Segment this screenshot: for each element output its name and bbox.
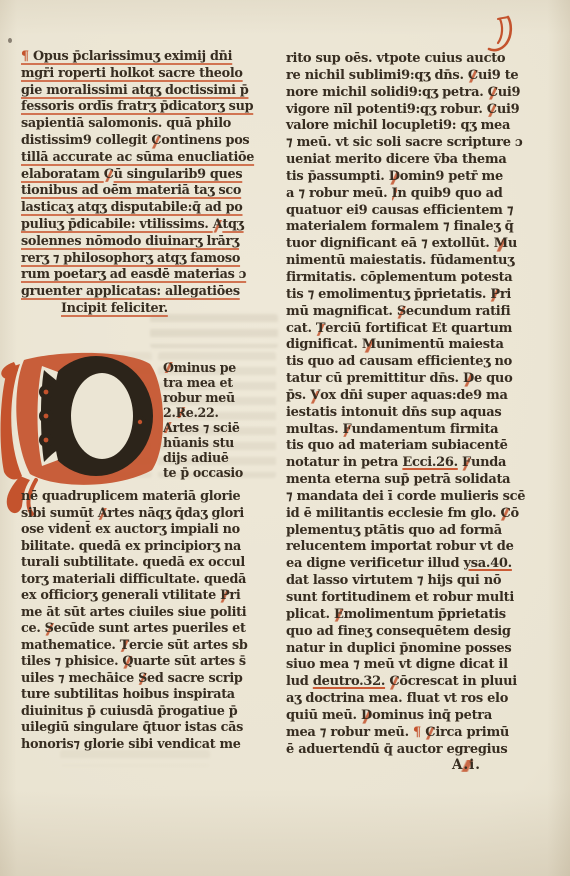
text-segment: Opus p̄clarissimuʒ eximij dn̄i bbox=[33, 49, 232, 64]
text-line: distissim9 collegit Continens pos bbox=[21, 133, 279, 150]
text-segment: ui9 te bbox=[478, 68, 518, 83]
text-segment: ōcrescat in pluui bbox=[399, 674, 517, 689]
text-segment: sibi sumūt bbox=[21, 506, 98, 521]
text-segment: tis quo ad materiam subiacentē bbox=[286, 438, 508, 453]
text-segment: ex officiorʒ generali vtilitate bbox=[21, 588, 220, 603]
rubricated-capital: T bbox=[120, 638, 129, 655]
text-line: re nichil sublimi9:qʒ dn̄s. Cui9 te bbox=[286, 68, 558, 85]
text-segment: ri bbox=[500, 287, 511, 302]
rubric-mark: ¶ bbox=[413, 725, 421, 740]
text-line: gie moralissimi atqʒ doctissimi p̄ bbox=[21, 83, 279, 100]
text-segment: ominus inq̄ petra bbox=[372, 708, 492, 723]
text-segment: erciū fortificat Et quartum bbox=[325, 321, 512, 336]
rubricated-capital: M bbox=[494, 236, 508, 253]
text-line: dijs adiuē bbox=[163, 450, 275, 465]
text-segment: honoris⁊ glorie sibi vendicat me bbox=[21, 737, 241, 752]
text-line: turali subtilitate. quedā ex occul bbox=[21, 555, 279, 572]
text-segment: menta eterna sup̄ petrā solidata bbox=[286, 472, 510, 487]
rubricated-capital: D bbox=[463, 371, 474, 388]
text-segment: 2. bbox=[163, 405, 176, 420]
text-line: materialem formalem ⁊ finaleʒ q̄ bbox=[286, 219, 558, 236]
text-line: tis p̄assumpti. Domin9 petr̄ me bbox=[286, 169, 558, 186]
text-segment: Incipit feliciter. bbox=[61, 301, 168, 316]
text-line: id ē militantis ecclesie fm glo. Cō bbox=[286, 506, 558, 523]
text-line: Ominus pe bbox=[163, 360, 275, 375]
text-segment: ercie sūt artes sb bbox=[129, 638, 248, 653]
text-segment: gruenter applicatas: allegatiōes bbox=[21, 284, 240, 299]
text-line: rerʒ ⁊ philosophorʒ atqʒ famoso bbox=[21, 251, 279, 268]
rubricated-capital: C bbox=[488, 85, 498, 102]
text-segment: tillā accurate ac sūma enucliatiōe bbox=[21, 150, 254, 165]
text-segment: unimentū maiesta bbox=[376, 337, 504, 352]
text-line: elaboratam Cū singularib9 ques bbox=[21, 167, 279, 184]
text-segment: diuinitus p̄ cuiusdā p̄rogatiue p̄ bbox=[21, 704, 237, 719]
text-segment: ri bbox=[229, 588, 240, 603]
text-segment: ecūde sunt artes pueriles et bbox=[54, 621, 246, 636]
text-line: tra mea et bbox=[163, 375, 275, 390]
text-segment: rtes ⁊ sciē bbox=[172, 420, 239, 435]
text-line: siuo mea ⁊ meū vt digne dicat il bbox=[286, 657, 558, 674]
text-segment: notatur in petra bbox=[286, 455, 402, 470]
text-segment: nē quadruplicem materiā glorie bbox=[21, 489, 240, 504]
text-line: tis ⁊ emolimentuʒ p̄prietatis. Pri bbox=[286, 287, 558, 304]
text-segment: hūanis stu bbox=[163, 435, 234, 450]
text-segment: aʒ doctrina mea. fluat vt ros elo bbox=[286, 691, 508, 706]
text-segment: dignificat. bbox=[286, 337, 362, 352]
text-line: quatuor ei9 causas efficientem ⁊ bbox=[286, 203, 558, 220]
text-segment: uarte sūt artes s̄ bbox=[133, 654, 246, 669]
decorated-initial-block: D Ominus petra mea etrobur meū2.Re.22.Ar… bbox=[0, 352, 280, 484]
text-line: menta eterna sup̄ petrā solidata bbox=[286, 472, 558, 489]
left-column-body: nē quadruplicem materiā gloriesibi sumūt… bbox=[21, 489, 279, 753]
text-segment: materialem formalem ⁊ finaleʒ q̄ bbox=[286, 219, 513, 234]
rubricated-capital: C bbox=[104, 167, 114, 184]
text-segment: valore michil locupleti9: qʒ mea bbox=[286, 118, 510, 133]
text-line: vigore nīl potenti9:qʒ robur. Cui9 bbox=[286, 102, 558, 119]
rubricated-capital: E bbox=[334, 607, 344, 624]
rubricated-capital: A bbox=[98, 506, 108, 523]
rubricated-capital: R bbox=[176, 405, 186, 420]
text-line: sunt fortitudinem et robur multi bbox=[286, 590, 558, 607]
text-segment: cat. bbox=[286, 321, 316, 336]
text-line: nore michil solidi9:qʒ petra. Cui9 bbox=[286, 85, 558, 102]
text-line: firmitatis. cōplementum potesta bbox=[286, 270, 558, 287]
text-segment: omin9 petr̄ me bbox=[400, 169, 503, 184]
text-line: ea digne verificetur illud ysa.40. bbox=[286, 556, 558, 573]
text-line: ex officiorʒ generali vtilitate Pri bbox=[21, 588, 279, 605]
text-line: mgr̄i roperti holkot sacre theolo bbox=[21, 66, 279, 83]
rubricated-capital: V bbox=[310, 388, 320, 405]
red-underlined-citation: deutro.32. bbox=[313, 674, 385, 689]
text-segment: ox dn̄i super aquas:de9 ma bbox=[320, 388, 508, 403]
text-segment: ture subtilitas hoibus inspirata bbox=[21, 687, 235, 702]
text-line: diuinitus p̄ cuiusdā p̄rogatiue p̄ bbox=[21, 704, 279, 721]
text-segment: e.22. bbox=[186, 405, 219, 420]
text-line: dignificat. Munimentū maiesta bbox=[286, 337, 558, 354]
text-segment: quatuor ei9 causas efficientem ⁊ bbox=[286, 203, 513, 218]
text-segment: tis quo ad causam efficienteʒ no bbox=[286, 354, 512, 369]
text-segment: tqʒ bbox=[222, 217, 243, 232]
text-line: fessoris ordīs fratrʒ p̄dicatorʒ sup bbox=[21, 99, 279, 116]
text-line: ture subtilitas hoibus inspirata bbox=[21, 687, 279, 704]
text-segment: vigore nīl potenti9:qʒ robur. bbox=[286, 102, 487, 117]
text-segment: sapientiā salomonis. quā philo bbox=[21, 116, 231, 131]
text-line: puliuʒ p̄dicabile: vtilissims. Atqʒ bbox=[21, 217, 279, 234]
text-line: nimentū maiestatis. fūdamentuʒ bbox=[286, 253, 558, 270]
text-segment: siuo mea ⁊ meū vt digne dicat il bbox=[286, 657, 508, 672]
rubricated-capital: F bbox=[462, 455, 471, 472]
rubricated-capital: P bbox=[220, 588, 229, 605]
text-segment: plementuʒ ptātis quo ad formā bbox=[286, 523, 502, 538]
text-segment: e quo bbox=[474, 371, 513, 386]
rubricated-capital: T bbox=[316, 321, 325, 338]
rubricated-capital: C bbox=[468, 68, 478, 85]
text-segment: mea ⁊ robur meū. bbox=[286, 725, 413, 740]
text-segment: undamentum firmita bbox=[351, 422, 498, 437]
text-segment: ō bbox=[511, 506, 519, 521]
text-segment: molimentum p̄prietatis bbox=[344, 607, 506, 622]
text-segment: torʒ materiali difficultate. quedā bbox=[21, 572, 246, 587]
text-line: me āt sūt artes ciuiles siue politi bbox=[21, 605, 279, 622]
text-segment: robur meū bbox=[163, 390, 235, 405]
text-line: plicat. Emolimentum p̄prietatis bbox=[286, 607, 558, 624]
text-line: ce. Secūde sunt artes pueriles et bbox=[21, 621, 279, 638]
text-segment: mgr̄i roperti holkot sacre theolo bbox=[21, 66, 243, 81]
text-line: sibi sumūt Artes nāqʒ q̄daʒ glori bbox=[21, 506, 279, 523]
text-line: mū magnificat. Secundum ratifi bbox=[286, 304, 558, 321]
rubric-mark: ¶ bbox=[21, 49, 33, 64]
text-line: aʒ doctrina mea. fluat vt ros elo bbox=[286, 691, 558, 708]
text-segment: ui9 bbox=[498, 85, 521, 100]
text-segment: elaboratam bbox=[21, 167, 104, 182]
rubricated-capital: P bbox=[490, 287, 499, 304]
text-segment: nimentū maiestatis. fūdamentuʒ bbox=[286, 253, 514, 268]
text-segment: irca primū bbox=[435, 725, 509, 740]
text-line: gruenter applicatas: allegatiōes bbox=[21, 284, 279, 301]
right-column: rito sup oēs. vtpote cuius auctore nichi… bbox=[286, 51, 558, 758]
text-segment: re nichil sublimi9:qʒ dn̄s. bbox=[286, 68, 468, 83]
text-line: dat lasso virtutem ⁊ hijs qui nō bbox=[286, 573, 558, 590]
text-line: multas. Fundamentum firmita bbox=[286, 422, 558, 439]
text-segment: ueniat merito dicere v̄ba thema bbox=[286, 152, 506, 167]
text-line: ¶ Opus p̄clarissimuʒ eximij dn̄i bbox=[21, 49, 279, 66]
text-line: ⁊ mandata dei ī corde mulieris scē bbox=[286, 489, 558, 506]
text-segment: unda bbox=[471, 455, 506, 470]
text-line: Artes ⁊ sciē bbox=[163, 420, 275, 435]
text-line: ueniat merito dicere v̄ba thema bbox=[286, 152, 558, 169]
text-segment: sunt fortitudinem et robur multi bbox=[286, 590, 514, 605]
text-segment: puliuʒ p̄dicabile: vtilissims. bbox=[21, 217, 213, 232]
text-segment: ⁊ meū. vt sic soli sacre scripture ɔ bbox=[286, 135, 523, 150]
rubricated-capital: A bbox=[213, 217, 223, 234]
text-line: tuor dignificant eā ⁊ extollūt. Mu bbox=[286, 236, 558, 253]
red-underlined-citation: Ecci.26. bbox=[402, 455, 457, 470]
rubricated-capital: D bbox=[361, 708, 372, 725]
text-segment: tra mea et bbox=[163, 375, 233, 390]
text-segment: firmitatis. cōplementum potesta bbox=[286, 270, 512, 285]
text-line: solennes nōmodo diuinarʒ lrārʒ bbox=[21, 234, 279, 251]
text-segment: ē aduertendū q̄ auctor egregius bbox=[286, 742, 507, 757]
text-line: tis quo ad causam efficienteʒ no bbox=[286, 354, 558, 371]
text-segment: iestatis intonuit dn̄s sup aquas bbox=[286, 405, 501, 420]
text-line: 2.Re.22. bbox=[163, 405, 275, 420]
ink-speck bbox=[8, 38, 12, 43]
rubricated-capital: S bbox=[397, 304, 406, 321]
text-segment: u bbox=[508, 236, 517, 251]
text-segment: quo ad fineʒ consequētem desig bbox=[286, 624, 511, 639]
text-line: natur in duplici p̄nomine posses bbox=[286, 641, 558, 658]
red-underlined-citation: ysa.40. bbox=[464, 556, 512, 571]
text-segment: ce. bbox=[21, 621, 45, 636]
text-line: tionibus ad oēm materiā taʒ sco bbox=[21, 183, 279, 200]
text-line: sapientiā salomonis. quā philo bbox=[21, 116, 279, 133]
rubricated-capital: C bbox=[425, 725, 435, 742]
text-segment: lud bbox=[286, 674, 313, 689]
text-segment: mathematice. bbox=[21, 638, 120, 653]
text-segment: ea digne verificetur illud bbox=[286, 556, 464, 571]
rubricated-capital: C bbox=[487, 102, 497, 119]
text-line: rito sup oēs. vtpote cuius aucto bbox=[286, 51, 558, 68]
text-segment: me āt sūt artes ciuiles siue politi bbox=[21, 605, 246, 620]
text-line: cat. Terciū fortificat Et quartum bbox=[286, 321, 558, 338]
text-segment: te p̄ occasio bbox=[163, 465, 243, 480]
text-segment: tionibus ad oēm materiā taʒ sco bbox=[21, 183, 241, 198]
text-line: ē aduertendū q̄ auctor egregius bbox=[286, 742, 558, 759]
text-line: bilitate. quedā ex principiorʒ na bbox=[21, 539, 279, 556]
text-segment: tiles ⁊ phisice. bbox=[21, 654, 122, 669]
text-segment: ed sacre scrip bbox=[147, 671, 243, 686]
text-line: a ⁊ robur meū. In quib9 quo ad bbox=[286, 186, 558, 203]
text-segment: quiū meū. bbox=[286, 708, 361, 723]
text-segment: ontinens pos bbox=[161, 133, 249, 148]
text-segment: ui9 bbox=[497, 102, 520, 117]
text-line: te p̄ occasio bbox=[163, 465, 275, 480]
text-line: tiles ⁊ phisice. Quarte sūt artes s̄ bbox=[21, 654, 279, 671]
text-line: uiles ⁊ mechāice Sed sacre scrip bbox=[21, 671, 279, 688]
text-segment: tuor dignificant eā ⁊ extollūt. bbox=[286, 236, 494, 251]
quire-signature: A.i. bbox=[452, 757, 481, 773]
rubricated-capital: C bbox=[500, 506, 510, 523]
text-line: ⁊ meū. vt sic soli sacre scripture ɔ bbox=[286, 135, 558, 152]
text-segment: plicat. bbox=[286, 607, 334, 622]
text-segment: dat lasso virtutem ⁊ hijs qui nō bbox=[286, 573, 501, 588]
rubricated-capital: Q bbox=[122, 654, 133, 671]
initial-side-text: Ominus petra mea etrobur meū2.Re.22.Arte… bbox=[163, 360, 275, 480]
text-line: lasticaʒ atqʒ disputabile:q̄ ad po bbox=[21, 200, 279, 217]
text-segment: rerʒ ⁊ philosophorʒ atqʒ famoso bbox=[21, 251, 240, 266]
text-line: notatur in petra Ecci.26. Funda bbox=[286, 455, 558, 472]
text-line: plementuʒ ptātis quo ad formā bbox=[286, 523, 558, 540]
text-line: rum poetarʒ ad easdē materias ɔ bbox=[21, 267, 279, 284]
text-segment: mū magnificat. bbox=[286, 304, 397, 319]
text-line: honoris⁊ glorie sibi vendicat me bbox=[21, 737, 279, 754]
text-segment: relucentem importat robur vt de bbox=[286, 539, 514, 554]
text-line: Incipit feliciter. bbox=[21, 301, 279, 318]
rubricated-capital: C bbox=[389, 674, 399, 691]
text-line: hūanis stu bbox=[163, 435, 275, 450]
rubricated-capital: O bbox=[163, 360, 174, 375]
text-line: quiū meū. Dominus inq̄ petra bbox=[286, 708, 558, 725]
text-line: valore michil locupleti9: qʒ mea bbox=[286, 118, 558, 135]
text-line: mathematice. Tercie sūt artes sb bbox=[21, 638, 279, 655]
text-segment: p̄s. bbox=[286, 388, 310, 403]
text-segment: fessoris ordīs fratrʒ p̄dicatorʒ sup bbox=[21, 99, 253, 114]
text-segment: distissim9 collegit bbox=[21, 133, 151, 148]
text-line: tis quo ad materiam subiacentē bbox=[286, 438, 558, 455]
text-line: robur meū bbox=[163, 390, 275, 405]
rubricated-capital: S bbox=[45, 621, 54, 638]
text-segment: lasticaʒ atqʒ disputabile:q̄ ad po bbox=[21, 200, 243, 215]
text-segment: id ē militantis ecclesie fm glo. bbox=[286, 506, 500, 521]
text-line: p̄s. Vox dn̄i super aquas:de9 ma bbox=[286, 388, 558, 405]
verso-bleedthrough bbox=[150, 314, 278, 348]
text-segment: multas. bbox=[286, 422, 343, 437]
text-line: nē quadruplicem materiā glorie bbox=[21, 489, 279, 506]
rubricated-capital: C bbox=[151, 133, 161, 150]
text-segment: ose vident̄ ex auctorʒ impiali no bbox=[21, 522, 240, 537]
text-segment: a ⁊ robur meū. bbox=[286, 186, 392, 201]
text-segment: nore michil solidi9:qʒ petra. bbox=[286, 85, 488, 100]
text-segment: ecundum ratifi bbox=[406, 304, 510, 319]
text-segment: dijs adiuē bbox=[163, 450, 229, 465]
text-segment: gie moralissimi atqʒ doctissimi p̄ bbox=[21, 83, 248, 98]
left-column-heading: ¶ Opus p̄clarissimuʒ eximij dn̄imgr̄i ro… bbox=[21, 49, 279, 318]
text-segment: ⁊ mandata dei ī corde mulieris scē bbox=[286, 489, 525, 504]
text-line: tillā accurate ac sūma enucliatiōe bbox=[21, 150, 279, 167]
red-quire-mark-icon bbox=[484, 14, 514, 54]
text-line: ose vident̄ ex auctorʒ impiali no bbox=[21, 522, 279, 539]
text-segment: bilitate. quedā ex principiorʒ na bbox=[21, 539, 241, 554]
text-line: uilegiū singulare q̄tuor istas cās bbox=[21, 720, 279, 737]
text-line: tatur cū premittitur dn̄s. De quo bbox=[286, 371, 558, 388]
text-line: quo ad fineʒ consequētem desig bbox=[286, 624, 558, 641]
text-segment: rito sup oēs. vtpote cuius aucto bbox=[286, 51, 505, 66]
text-segment: tis ⁊ emolimentuʒ p̄prietatis. bbox=[286, 287, 490, 302]
text-segment: n quib9 quo ad bbox=[397, 186, 502, 201]
text-segment: natur in duplici p̄nomine posses bbox=[286, 641, 511, 656]
text-segment: uilegiū singulare q̄tuor istas cās bbox=[21, 720, 243, 735]
text-segment: ū singularib9 ques bbox=[114, 167, 243, 182]
text-line: torʒ materiali difficultate. quedā bbox=[21, 572, 279, 589]
text-line: mea ⁊ robur meū. ¶ Circa primū bbox=[286, 725, 558, 742]
text-segment: turali subtilitate. quedā ex occul bbox=[21, 555, 245, 570]
text-segment: solennes nōmodo diuinarʒ lrārʒ bbox=[21, 234, 239, 249]
text-segment: minus pe bbox=[174, 360, 236, 375]
rubricated-capital: M bbox=[362, 337, 376, 354]
text-segment: rum poetarʒ ad easdē materias ɔ bbox=[21, 267, 246, 282]
text-line: iestatis intonuit dn̄s sup aquas bbox=[286, 405, 558, 422]
text-segment: tatur cū premittitur dn̄s. bbox=[286, 371, 463, 386]
rubricated-capital: D bbox=[389, 169, 400, 186]
text-segment: tis p̄assumpti. bbox=[286, 169, 389, 184]
text-segment: uiles ⁊ mechāice bbox=[21, 671, 138, 686]
text-line: relucentem importat robur vt de bbox=[286, 539, 558, 556]
rubricated-capital: S bbox=[138, 671, 147, 688]
text-line: lud deutro.32. Cōcrescat in pluui bbox=[286, 674, 558, 691]
text-segment: rtes nāqʒ q̄daʒ glori bbox=[107, 506, 244, 521]
